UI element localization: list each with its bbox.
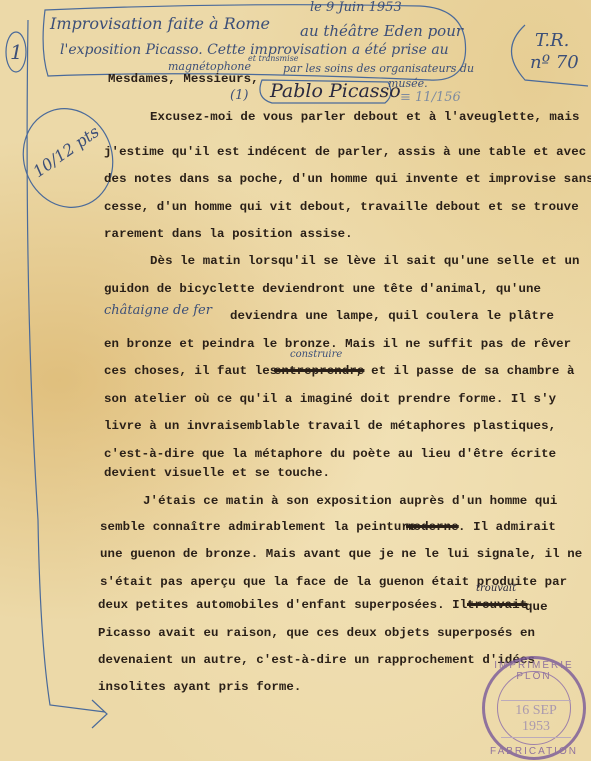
header-note-line1-cont: au théâtre Eden pour: [300, 22, 463, 40]
text-line: devenaient un autre, c'est-à-dire un rap…: [98, 653, 535, 667]
reference-label: T.R.: [535, 30, 569, 51]
correction-above: trouvait: [476, 583, 516, 594]
printer-stamp: IMPRIMERIE PLON 16 SEP 1953 FABRICATION: [482, 656, 586, 760]
correction-above: construire: [290, 349, 342, 360]
text-line: des notes dans sa poche, d'un homme qui …: [104, 172, 591, 186]
text-line: semble connaître admirablement la peintu…: [100, 520, 417, 534]
text-line: insolites ayant pris forme.: [98, 680, 301, 694]
struck-word: entreprendre: [274, 364, 364, 378]
text-line: Dès le matin lorsqu'il se lève il sait q…: [150, 254, 580, 268]
footnote-marker: (1): [230, 88, 248, 103]
header-note-line1: Improvisation faite à Rome: [50, 14, 270, 33]
signature: Pablo Picasso: [270, 80, 401, 102]
struck-word: trouvait: [467, 598, 527, 612]
reference-number: nº 70: [530, 52, 579, 73]
text-line: , et il passe de sa chambre à: [356, 364, 575, 378]
text-line: livre à un invraisemblable travail de mé…: [104, 419, 556, 433]
text-line: deux petites automobiles d'enfant superp…: [98, 598, 467, 612]
document-page: 1 Improvisation faite à Rome le 9 Juin 1…: [0, 0, 591, 761]
text-line: cesse, d'un homme qui vit debout, travai…: [104, 200, 579, 214]
text-line: J'étais ce matin à son exposition auprès…: [143, 494, 557, 508]
stamp-date: 16 SEP 1953: [501, 700, 571, 738]
handwritten-insert: châtaigne de fer: [104, 303, 212, 318]
text-line: une guenon de bronze. Mais avant que je …: [100, 547, 582, 561]
salutation: Mesdames, Messieurs,: [108, 72, 259, 86]
text-line: que: [525, 600, 548, 614]
text-line: son atelier où ce qu'il a imaginé doit p…: [104, 392, 556, 406]
text-line: Excusez-moi de vous parler debout et à l…: [150, 110, 580, 124]
margin-typesize-note: 10/12 pts: [29, 122, 102, 181]
header-note-line3b: par les soins des organisateurs du: [283, 62, 474, 75]
stamp-bottom-text: FABRICATION: [485, 746, 583, 757]
text-line: devient visuelle et se touche.: [104, 466, 330, 480]
header-date: le 9 Juin 1953: [310, 0, 402, 15]
text-line: c'est-à-dire que la métaphore du poète a…: [104, 447, 556, 461]
text-line: . Il admirait: [458, 520, 556, 534]
text-line: ces choses, il faut les: [104, 364, 277, 378]
stamp-top-text: IMPRIMERIE PLON: [485, 660, 583, 682]
text-line: deviendra une lampe, quil coulera le plâ…: [230, 309, 554, 323]
text-line: rarement dans la position assise.: [104, 227, 353, 241]
struck-word: moderne: [406, 520, 459, 534]
margin-number: 1: [10, 40, 23, 64]
text-line: j'estime qu'il est indécent de parler, a…: [104, 145, 586, 159]
text-line: guidon de bicyclette deviendront une têt…: [104, 282, 541, 296]
archive-reference: ≡ 11/156: [400, 90, 461, 105]
text-line: Picasso avait eu raison, que ces deux ob…: [98, 626, 535, 640]
